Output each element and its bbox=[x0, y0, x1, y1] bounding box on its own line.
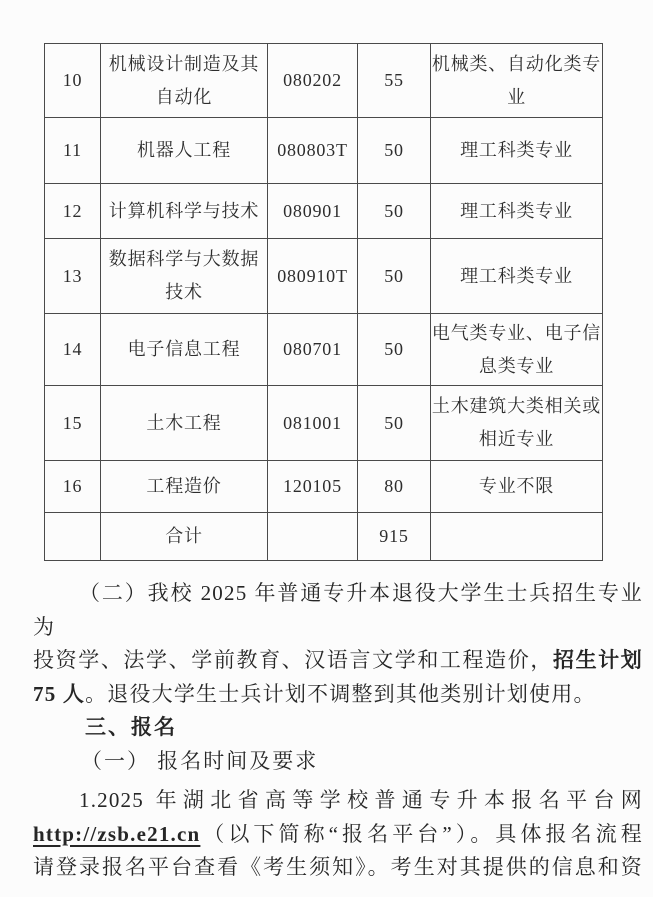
cell-plan: 50 bbox=[358, 239, 431, 314]
cell-code: 080701 bbox=[268, 314, 358, 386]
cell-scope: 理工科类专业 bbox=[431, 184, 603, 239]
cell-scope: 理工科类专业 bbox=[431, 239, 603, 314]
para-signup-text: 1.2025 年湖北省高等学校普通专升本报名平台网 bbox=[79, 788, 643, 812]
cell-major: 电子信息工程 bbox=[101, 314, 268, 386]
sub-heading-time-requirements: （一） 报名时间及要求 bbox=[33, 745, 643, 779]
cell-major: 机器人工程 bbox=[101, 118, 268, 184]
cell-plan: 50 bbox=[358, 386, 431, 461]
document-body: （二）我校 2025 年普通专升本退役大学生士兵招生专业为 投资学、法学、学前教… bbox=[33, 577, 643, 885]
cell-major: 土木工程 bbox=[101, 386, 268, 461]
cell-seq: 16 bbox=[45, 461, 101, 513]
table-row: 14 电子信息工程 080701 50 电气类专业、电子信息类专业 bbox=[45, 314, 603, 386]
enrollment-plan-table: 10 机械设计制造及其自动化 080202 55 机械类、自动化类专业 11 机… bbox=[44, 43, 603, 561]
cell-scope: 电气类专业、电子信息类专业 bbox=[431, 314, 603, 386]
enrollment-plan-emphasis: 75 人 bbox=[33, 682, 85, 706]
table-row-total: 合计 915 bbox=[45, 513, 603, 561]
cell-plan: 55 bbox=[358, 44, 431, 118]
cell-seq bbox=[45, 513, 101, 561]
cell-seq: 14 bbox=[45, 314, 101, 386]
cell-code: 080202 bbox=[268, 44, 358, 118]
cell-code: 120105 bbox=[268, 461, 358, 513]
para-signup-line1: 1.2025 年湖北省高等学校普通专升本报名平台网 bbox=[33, 784, 643, 818]
table-row: 11 机器人工程 080803T 50 理工科类专业 bbox=[45, 118, 603, 184]
cell-code bbox=[268, 513, 358, 561]
scanned-document-page: 10 机械设计制造及其自动化 080202 55 机械类、自动化类专业 11 机… bbox=[0, 0, 653, 897]
para-signup-line3: 请登录报名平台查看《考生须知》。考生对其提供的信息和资 bbox=[33, 851, 643, 885]
cell-major: 机械设计制造及其自动化 bbox=[101, 44, 268, 118]
para-signup-text: 请登录报名平台查看《考生须知》。考生对其提供的信息和资 bbox=[33, 855, 643, 879]
cell-plan: 50 bbox=[358, 118, 431, 184]
cell-plan: 80 bbox=[358, 461, 431, 513]
para-veterans-text: 。退役大学生士兵计划不调整到其他类别计划使用。 bbox=[85, 682, 596, 706]
signup-platform-url-link[interactable]: http://zsb.e21.cn bbox=[33, 822, 200, 846]
cell-seq: 13 bbox=[45, 239, 101, 314]
cell-scope: 专业不限 bbox=[431, 461, 603, 513]
cell-code: 080803T bbox=[268, 118, 358, 184]
cell-code: 080910T bbox=[268, 239, 358, 314]
cell-seq: 10 bbox=[45, 44, 101, 118]
para-signup-line2: http://zsb.e21.cn（以下简称“报名平台”）。具体报名流程 bbox=[33, 818, 643, 852]
cell-seq: 11 bbox=[45, 118, 101, 184]
table-row: 16 工程造价 120105 80 专业不限 bbox=[45, 461, 603, 513]
table-row: 12 计算机科学与技术 080901 50 理工科类专业 bbox=[45, 184, 603, 239]
cell-plan: 50 bbox=[358, 184, 431, 239]
cell-major: 数据科学与大数据技术 bbox=[101, 239, 268, 314]
cell-major: 合计 bbox=[101, 513, 268, 561]
cell-scope: 土木建筑大类相关或相近专业 bbox=[431, 386, 603, 461]
table-row: 15 土木工程 081001 50 土木建筑大类相关或相近专业 bbox=[45, 386, 603, 461]
cell-scope bbox=[431, 513, 603, 561]
para-signup-text: （以下简称“报名平台”）。具体报名流程 bbox=[200, 822, 643, 846]
cell-major: 工程造价 bbox=[101, 461, 268, 513]
section-heading-registration: 三、报名 bbox=[33, 711, 643, 745]
cell-code: 080901 bbox=[268, 184, 358, 239]
table-row: 10 机械设计制造及其自动化 080202 55 机械类、自动化类专业 bbox=[45, 44, 603, 118]
cell-major: 计算机科学与技术 bbox=[101, 184, 268, 239]
cell-code: 081001 bbox=[268, 386, 358, 461]
cell-scope: 理工科类专业 bbox=[431, 118, 603, 184]
cell-plan: 50 bbox=[358, 314, 431, 386]
para-veterans-line3: 75 人。退役大学生士兵计划不调整到其他类别计划使用。 bbox=[33, 678, 643, 712]
enrollment-plan-emphasis: 招生计划 bbox=[553, 648, 643, 672]
cell-seq: 15 bbox=[45, 386, 101, 461]
cell-scope: 机械类、自动化类专业 bbox=[431, 44, 603, 118]
para-veterans-line2: 投资学、法学、学前教育、汉语言文学和工程造价，招生计划 bbox=[33, 644, 643, 678]
para-veterans-text: 投资学、法学、学前教育、汉语言文学和工程造价， bbox=[33, 648, 553, 672]
table-row: 13 数据科学与大数据技术 080910T 50 理工科类专业 bbox=[45, 239, 603, 314]
para-veterans-line1: （二）我校 2025 年普通专升本退役大学生士兵招生专业为 bbox=[33, 577, 643, 644]
para-veterans-text: （二）我校 2025 年普通专升本退役大学生士兵招生专业为 bbox=[33, 581, 643, 639]
cell-seq: 12 bbox=[45, 184, 101, 239]
cell-plan: 915 bbox=[358, 513, 431, 561]
